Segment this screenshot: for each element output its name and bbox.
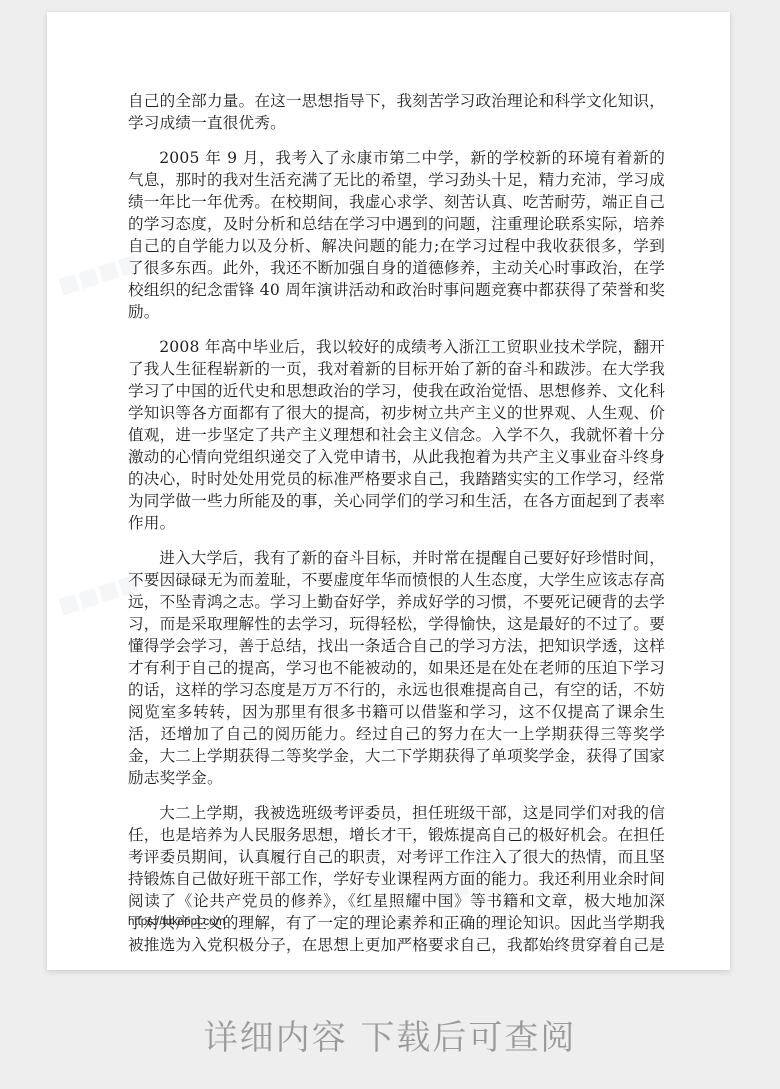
paragraph: 自己的全部力量。在这一思想指导下，我刻苦学习政治理论和科学文化知识，学习成绩一直… — [128, 90, 665, 134]
document-page: ■■■■ ■■■■ ■■■■ 自己的全部力量。在这一思想指导下，我刻苦学习政治理… — [47, 12, 730, 970]
paragraph: 2005 年 9 月，我考入了永康市第二中学，新的学校新的环境有着新的气息，那时… — [128, 147, 665, 323]
footer-url: https://tukuppt.com — [128, 916, 225, 928]
document-body: 自己的全部力量。在这一思想指导下，我刻苦学习政治理论和科学文化知识，学习成绩一直… — [128, 90, 665, 969]
download-prompt-banner: 详细内容 下载后可查阅 — [0, 1010, 780, 1059]
paragraph: 大二上学期，我被选班级考评委员，担任班级干部，这是同学们对我的信任，也是培养为人… — [128, 802, 665, 956]
paragraph: 2008 年高中毕业后，我以较好的成绩考入浙江工贸职业技术学院，翻开了我人生征程… — [128, 336, 665, 534]
paragraph: 进入大学后，我有了新的奋斗目标，并时常在提醒自己要好好珍惜时间，不要因碌碌无为而… — [128, 547, 665, 789]
